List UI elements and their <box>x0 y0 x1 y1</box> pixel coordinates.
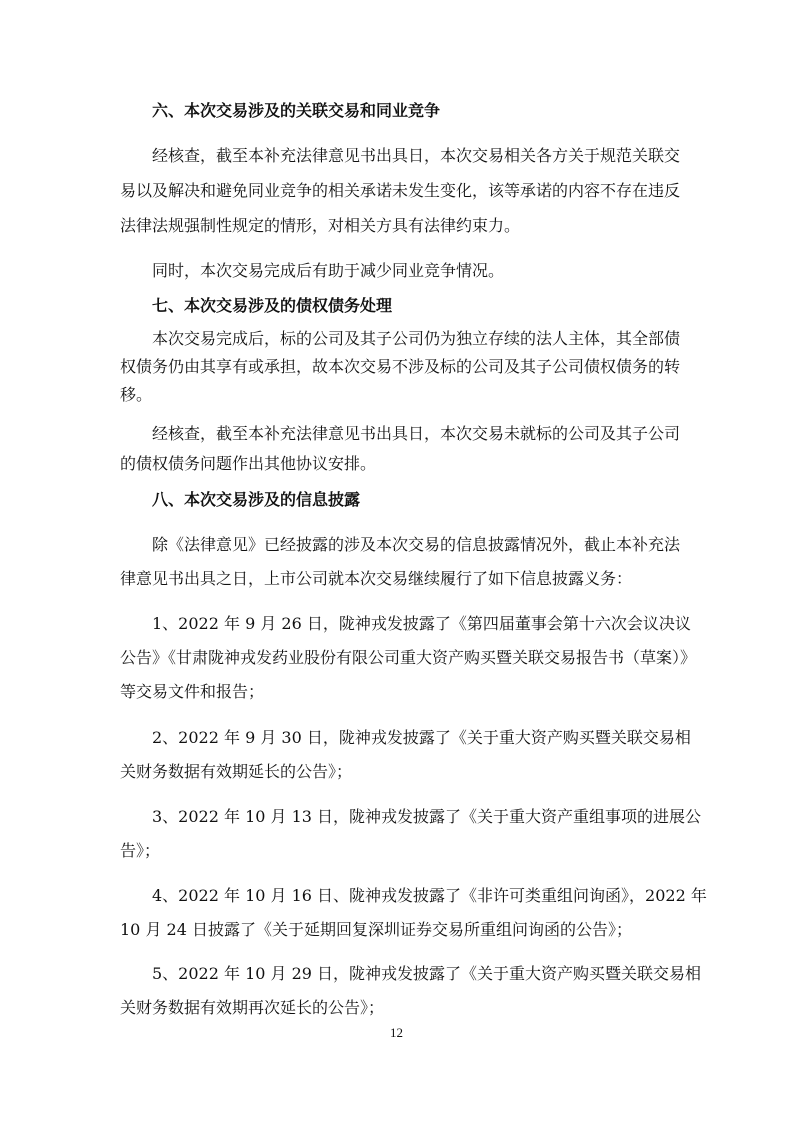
list-item-1-cont: 等交易文件和报告； <box>120 682 264 702</box>
paragraph-line: 易以及解决和避免同业竞争的相关承诺未发生变化，该等承诺的内容不存在违反 <box>120 181 680 201</box>
paragraph-line: 同时，本次交易完成后有助于减少同业竞争情况。 <box>152 261 504 281</box>
list-item-3-cont: 告》； <box>120 841 160 861</box>
list-item-2: 2、2022 年 9 月 30 日，陇神戎发披露了《关于重大资产购买暨关联交易相 <box>152 728 691 748</box>
paragraph-line: 的债权债务问题作出其他协议安排。 <box>120 454 376 474</box>
paragraph-line: 权债务仍由其享有或承担，故本次交易不涉及标的公司及其子公司债权债务的转 <box>120 357 680 377</box>
list-item-4: 4、2022 年 10 月 16 日、陇神戎发披露了《非许可类重组问询函》，20… <box>152 886 707 906</box>
list-item-5-cont: 关财务数据有效期再次延长的公告》； <box>120 998 384 1018</box>
paragraph-line: 经核查，截至本补充法律意见书出具日，本次交易未就标的公司及其子公司 <box>152 424 680 444</box>
section-heading-6: 六、本次交易涉及的关联交易和同业竞争 <box>152 101 440 121</box>
paragraph-line: 除《法律意见》已经披露的涉及本次交易的信息披露情况外，截止本补充法 <box>152 535 680 555</box>
page-number: 12 <box>0 1025 793 1041</box>
list-item-3: 3、2022 年 10 月 13 日，陇神戎发披露了《关于重大资产重组事项的进展… <box>152 807 701 827</box>
list-item-1: 1、2022 年 9 月 26 日，陇神戎发披露了《第四届董事会第十六次会议决议 <box>152 614 691 634</box>
paragraph-line: 律意见书出具之日，上市公司就本次交易继续履行了如下信息披露义务： <box>120 569 632 589</box>
paragraph-line: 经核查，截至本补充法律意见书出具日，本次交易相关各方关于规范关联交 <box>152 146 680 166</box>
paragraph-line: 法律法规强制性规定的情形，对相关方具有法律约束力。 <box>120 216 520 236</box>
paragraph-line: 本次交易完成后，标的公司及其子公司仍为独立存续的法人主体，其全部债 <box>152 329 680 349</box>
section-heading-7: 七、本次交易涉及的债权债务处理 <box>152 296 392 316</box>
paragraph-line: 移。 <box>120 385 152 405</box>
list-item-1-cont: 公告》《甘肃陇神戎发药业股份有限公司重大资产购买暨关联交易报告书（草案）》 <box>120 648 696 668</box>
list-item-5: 5、2022 年 10 月 29 日，陇神戎发披露了《关于重大资产购买暨关联交易… <box>152 964 701 984</box>
section-heading-8: 八、本次交易涉及的信息披露 <box>152 490 360 510</box>
list-item-2-cont: 关财务数据有效期延长的公告》； <box>120 762 352 782</box>
list-item-4-cont: 10 月 24 日披露了《关于延期回复深圳证券交易所重组问询函的公告》； <box>120 920 632 940</box>
